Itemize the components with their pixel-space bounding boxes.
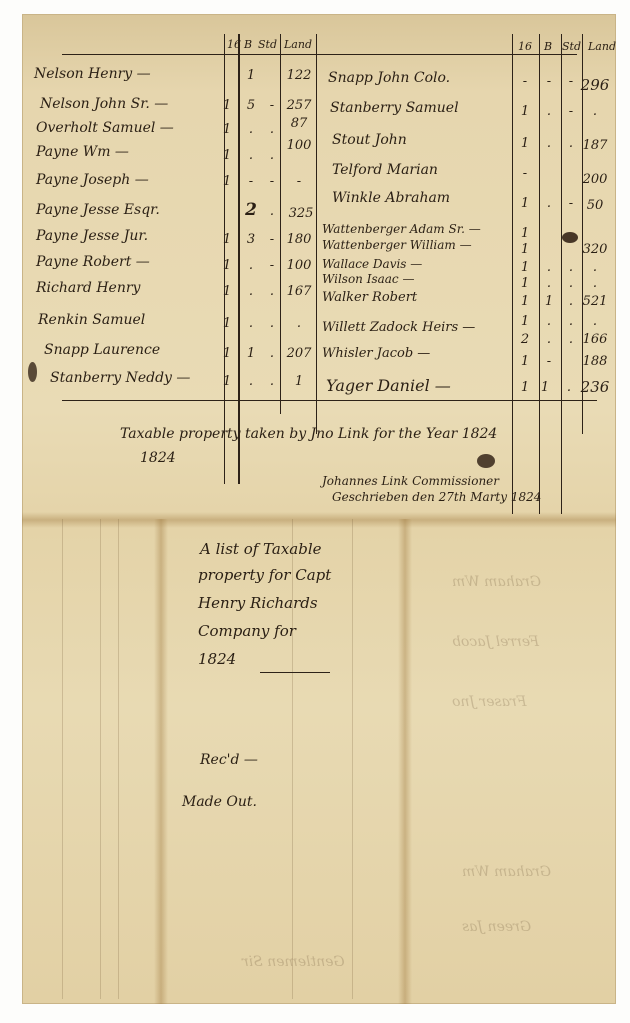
cell-land: 100 <box>284 258 314 273</box>
cell-land: 207 <box>284 346 314 361</box>
ledger-line <box>118 519 119 999</box>
row-name: Yager Daniel — <box>326 376 451 395</box>
cell-land: 521 <box>580 294 610 309</box>
cell-std: - <box>257 98 287 113</box>
signature-line-2: Geschrieben den 27th Marty 1824 <box>332 490 541 504</box>
cell-land: 50 <box>580 198 610 213</box>
row-name: Wilson Isaac — <box>322 272 414 286</box>
footer-year: 1824 <box>140 450 176 466</box>
cell-land: 87 <box>284 116 314 131</box>
row-name: Payne Robert — <box>36 254 150 270</box>
row-name: Snapp John Colo. <box>328 70 450 86</box>
ink-stain <box>477 454 495 468</box>
table-bottom-rule <box>62 400 597 401</box>
header-b: B <box>244 38 252 51</box>
ink-stain <box>562 232 578 243</box>
row-name: Stout John <box>332 132 407 148</box>
cell-land: 167 <box>284 284 314 299</box>
row-name: Stanberry Neddy — <box>50 370 190 386</box>
cell-std: . <box>257 316 287 331</box>
cell-16: 1 <box>510 226 540 241</box>
row-name: Stanberry Samuel <box>330 100 459 116</box>
ink-stain <box>28 362 37 382</box>
row-name: Nelson John Sr. — <box>40 96 168 112</box>
cell-b: - <box>534 354 564 369</box>
row-name: Wattenberger William — <box>322 238 472 252</box>
footer-taken-by: Taxable property taken by Jno Link for t… <box>120 426 497 442</box>
cell-std: . <box>257 204 287 219</box>
row-name: Payne Joseph — <box>36 172 149 188</box>
ledger-line <box>100 519 101 999</box>
cell-land: 1 <box>284 374 314 389</box>
row-name: Payne Jesse Esqr. <box>36 202 160 218</box>
header-std: Std <box>562 40 581 53</box>
header-land: Land <box>588 40 616 53</box>
column-rule <box>582 34 583 434</box>
cell-land: . <box>580 104 610 119</box>
row-name: Telford Marian <box>332 162 438 178</box>
docket-line-3: Henry Richards <box>198 594 318 612</box>
cell-b: 1 <box>236 68 266 83</box>
cell-std: . <box>257 122 287 137</box>
header-b: B <box>544 40 552 53</box>
ledger-line <box>352 519 353 999</box>
bleed-through-text: Graham Wm <box>462 864 551 880</box>
docket-line-2: property for Capt <box>198 566 331 584</box>
fold-horizontal <box>22 512 616 528</box>
cell-std: . <box>257 148 287 163</box>
cell-land: 187 <box>580 138 610 153</box>
cell-land: . <box>580 260 610 275</box>
row-name: Richard Henry <box>36 280 140 296</box>
row-name: Winkle Abraham <box>332 190 450 206</box>
column-rule <box>316 34 317 434</box>
header-rule-left <box>62 54 332 55</box>
docket-note-made-out: Made Out. <box>182 794 257 810</box>
cell-std: . <box>257 374 287 389</box>
cell-std: - <box>257 258 287 273</box>
cell-land: 320 <box>580 242 610 257</box>
row-name: Payne Wm — <box>36 144 129 160</box>
cell-16: - <box>510 166 540 181</box>
cell-std: . <box>257 346 287 361</box>
row-name: Snapp Laurence <box>44 342 160 358</box>
cell-land: 100 <box>284 138 314 153</box>
cell-land: 200 <box>580 172 610 187</box>
header-std: Std <box>258 38 277 51</box>
ledger-line <box>62 519 63 999</box>
cell-std: - <box>257 174 287 189</box>
row-name: Wallace Davis — <box>322 257 422 271</box>
cell-land: 236 <box>580 378 610 396</box>
signature-line-1: Johannes Link Commissioner <box>322 474 499 488</box>
row-name: Renkin Samuel <box>38 312 145 328</box>
cell-std: - <box>257 232 287 247</box>
row-name: Wattenberger Adam Sr. — <box>322 222 481 236</box>
cell-16: 1 <box>510 242 540 257</box>
document-paper: Graham Wm Ferrel Jacob Fraser Jno Graham… <box>22 14 616 1004</box>
cell-land: 122 <box>284 68 314 83</box>
bleed-through-text: Green Jas <box>462 919 531 935</box>
docket-note-received: Rec'd — <box>200 752 258 768</box>
row-name: Payne Jesse Jur. <box>36 228 148 244</box>
bleed-through-text: Ferrel Jacob <box>452 634 539 650</box>
cell-land: . <box>580 314 610 329</box>
row-name: Willett Zadock Heirs — <box>322 320 475 335</box>
docket-line-5: 1824 <box>198 650 236 668</box>
header-land: Land <box>284 38 312 51</box>
bleed-through-text: Graham Wm <box>452 574 541 590</box>
cell-land: 325 <box>286 206 316 221</box>
docket-line-4: Company for <box>198 622 296 640</box>
header-16: 16 <box>518 40 532 53</box>
cell-land: 257 <box>284 98 314 113</box>
cell-land: . <box>284 316 314 331</box>
fold-vertical-right <box>398 519 412 1004</box>
row-name: Overholt Samuel — <box>36 120 174 136</box>
fold-vertical-left <box>154 519 168 1004</box>
cell-land: 166 <box>580 332 610 347</box>
row-name: Whisler Jacob — <box>322 346 430 361</box>
docket-underline <box>260 672 330 673</box>
cell-land: 296 <box>580 76 610 94</box>
bleed-through-text: Fraser Jno <box>452 694 526 710</box>
cell-std: . <box>257 284 287 299</box>
cell-land: - <box>284 174 314 189</box>
cell-land: . <box>580 276 610 291</box>
header-16: 16 <box>227 38 241 51</box>
ledger-line <box>292 519 293 999</box>
row-name: Nelson Henry — <box>34 66 151 82</box>
docket-line-1: A list of Taxable <box>200 540 322 558</box>
cell-land: 180 <box>284 232 314 247</box>
bleed-through-text: Gentlemen Sir <box>242 954 345 970</box>
row-name: Walker Robert <box>322 290 417 305</box>
cell-land: 188 <box>580 354 610 369</box>
